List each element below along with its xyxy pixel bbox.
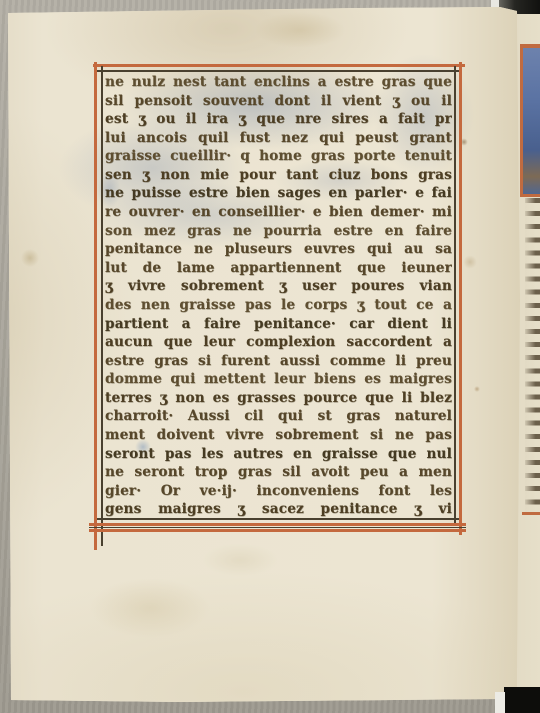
frame-left-orange-rule [94,62,97,550]
manuscript-line: gens maigres ʒ sacez penitance ʒ vi [105,500,452,519]
manuscript-line: ʒ vivre sobrement ʒ user poures vian [105,277,452,296]
frame-top-orange-rule [93,64,465,67]
manuscript-line: ment doivent vivre sobrement si ne pas [105,426,452,445]
manuscript-line: graisse cueillir· q home gras porte tenu… [105,147,452,166]
frame-bottom-thin-dark-rule [89,527,466,528]
adjacent-page-miniature-edge [520,44,540,197]
manuscript-line: sen ʒ non mie pour tant ciuz bons gras [105,166,452,185]
manuscript-line: terres ʒ non es grasses pource que li bl… [105,388,452,407]
scan-background-corner [504,687,540,713]
adjacent-page-ruling-line [522,512,540,515]
manuscript-line: charroit· Aussi cil qui st gras naturel [105,407,452,426]
manuscript-line: ne puisse estre bien sages en parler· e … [105,184,452,203]
manuscript-line: domme qui mettent leur biens es maigres [105,370,452,389]
frame-bottom-orange-rule-1 [89,523,466,526]
manuscript-line: lui ancois quil fust nez qui peust grant [105,128,452,147]
manuscript-line: aucun que leur complexion saccordent a [105,333,452,352]
manuscript-line: sil pensoit souvent dont il vient ʒ ou i… [105,91,452,110]
manuscript-line: seront pas les autres en graisse que nul [105,444,452,463]
frame-left-dark-rule [101,66,103,546]
frame-right-orange-rule [459,62,462,535]
manuscript-line: penitance ne pluseurs euvres qui au sa [105,240,452,259]
manuscript-line: ne nulz nest tant enclins a estre gras q… [105,73,452,92]
manuscript-line: lut de lame appartiennent que ieuner [105,258,452,277]
text-block: ne nulz nest tant enclins a estre gras q… [105,73,452,519]
manuscript-line: ne seront trop gras sil avoit peu a men [105,463,452,482]
manuscript-line: partient a faire penitance· car dient li [105,314,452,333]
frame-bottom-orange-rule-2 [89,529,466,532]
manuscript-line: des nen graisse pas le corps ʒ tout ce a [105,296,452,315]
manuscript-line: est ʒ ou il ira ʒ que nre sires a fait p… [105,110,452,129]
manuscript-line: gier· Or ve·ij· inconveniens font les [105,481,452,500]
adjacent-page-text-edge [525,198,540,512]
manuscript-line: re ouvrer· en conseillier· e bien demer·… [105,203,452,222]
page-edge-sliver-bottom [495,692,505,713]
manuscript-line: estre gras si furent aussi comme li preu [105,351,452,370]
manuscript-scan: ne nulz nest tant enclins a estre gras q… [0,0,540,713]
frame-right-dark-rule [454,66,456,524]
manuscript-line: son mez gras ne pourria estre en faire [105,221,452,240]
